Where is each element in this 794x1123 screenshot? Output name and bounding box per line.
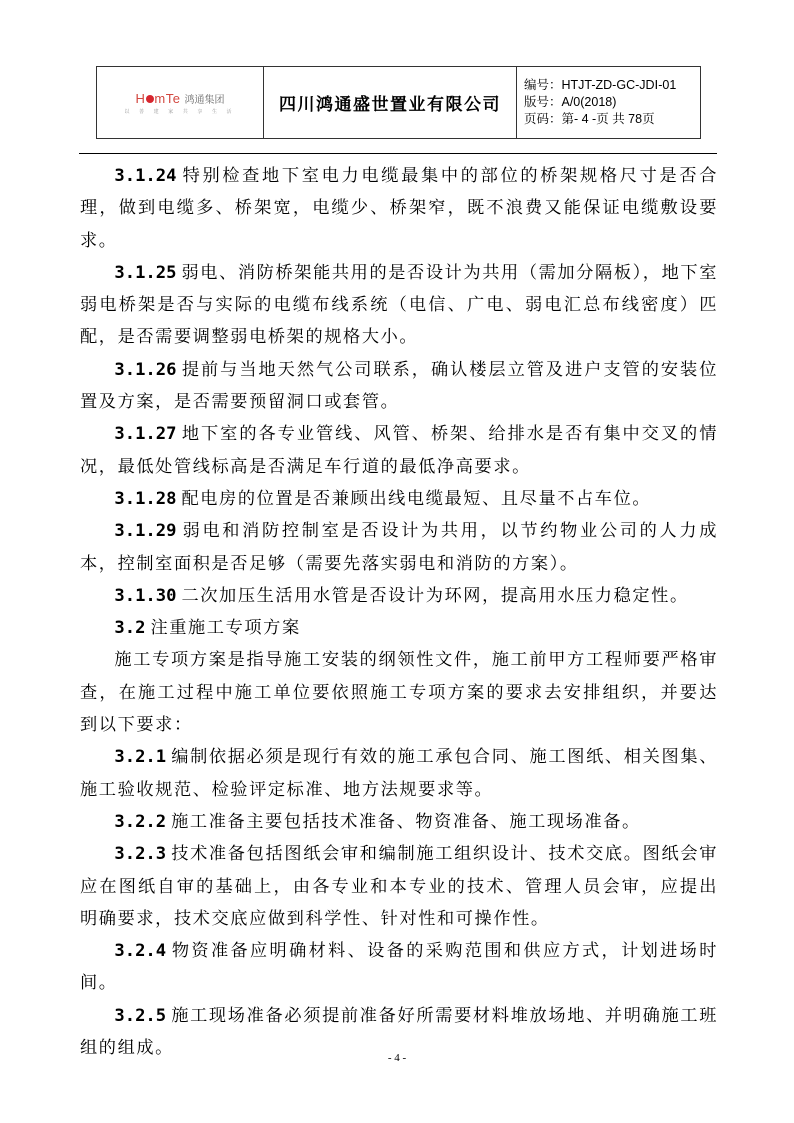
clause-number: 3.2.3 [114,844,166,864]
section-number: 3.2 [114,618,145,638]
clause-number: 3.2.1 [114,747,166,767]
document-version: 版号：A/0(2018) [524,94,616,111]
clause-text: 施工准备主要包括技术准备、物资准备、施工现场准备。 [171,812,641,832]
logo-dot-icon [146,95,154,103]
paragraph-3-1-29: 3.1.29弱电和消防控制室是否设计为共用，以节约物业公司的人力成本，控制室面积… [80,515,718,580]
company-logo: HmTe 鸿通集团 以 善 建 家 共 享 生 活 [97,67,264,138]
paragraph-intro: 施工专项方案是指导施工安装的纲领性文件，施工前甲方工程师要严格审查，在施工过程中… [80,644,718,741]
clause-text: 二次加压生活用水管是否设计为环网，提高用水压力稳定性。 [181,586,688,606]
document-page-info: 页码：第- 4 -页 共 78页 [524,111,655,128]
clause-number: 3.1.30 [114,586,176,606]
clause-number: 3.2.2 [114,812,166,832]
clause-text: 施工现场准备必须提前准备好所需要材料堆放场地、并明确施工班组的组成。 [80,1006,718,1058]
logo-chinese-name: 鸿通集团 [184,91,224,106]
clause-text: 配电房的位置是否兼顾出线电缆最短、且尽量不占车位。 [181,489,651,509]
clause-number: 3.1.29 [114,521,176,541]
clause-text: 编制依据必须是现行有效的施工承包合同、施工图纸、相关图集、施工验收规范、检验评定… [80,747,718,799]
intro-text: 施工专项方案是指导施工安装的纲领性文件，施工前甲方工程师要严格审查，在施工过程中… [80,650,718,735]
document-code: 编号：HTJT-ZD-GC-JDⅠ-01 [524,77,676,94]
section-heading-3-2: 3.2注重施工专项方案 [80,612,718,644]
clause-number: 3.1.28 [114,489,176,509]
clause-number: 3.2.5 [114,1006,166,1026]
paragraph-3-2-3: 3.2.3技术准备包括图纸会审和编制施工组织设计、技术交底。图纸会审应在图纸自审… [80,838,718,935]
clause-number: 3.1.25 [114,263,176,283]
paragraph-3-2-4: 3.2.4物资准备应明确材料、设备的采购范围和供应方式，计划进场时间。 [80,935,718,1000]
paragraph-3-2-1: 3.2.1编制依据必须是现行有效的施工承包合同、施工图纸、相关图集、施工验收规范… [80,741,718,806]
paragraph-3-1-26: 3.1.26提前与当地天然气公司联系，确认楼层立管及进户支管的安装位置及方案，是… [80,354,718,419]
paragraph-3-2-2: 3.2.2施工准备主要包括技术准备、物资准备、施工现场准备。 [80,806,718,838]
paragraph-3-1-30: 3.1.30二次加压生活用水管是否设计为环网，提高用水压力稳定性。 [80,580,718,612]
paragraph-3-1-24: 3.1.24特别检查地下室电力电缆最集中的部位的桥架规格尺寸是否合理，做到电缆多… [80,160,718,257]
paragraph-3-1-28: 3.1.28配电房的位置是否兼顾出线电缆最短、且尽量不占车位。 [80,483,718,515]
logo-brand: HmTe [136,91,181,106]
clause-number: 3.2.4 [114,941,166,961]
company-name: 四川鸿通盛世置业有限公司 [264,67,517,138]
logo-slogan: 以 善 建 家 共 享 生 活 [124,108,235,115]
paragraph-3-1-27: 3.1.27地下室的各专业管线、风管、桥架、给排水是否有集中交叉的情况，最低处管… [80,418,718,483]
page-number: - 4 - [0,1052,794,1064]
paragraph-3-1-25: 3.1.25弱电、消防桥架能共用的是否设计为共用（需加分隔板），地下室弱电桥架是… [80,257,718,354]
clause-number: 3.1.27 [114,424,176,444]
clause-number: 3.1.26 [114,360,176,380]
document-body: 3.1.24特别检查地下室电力电缆最集中的部位的桥架规格尺寸是否合理，做到电缆多… [80,160,718,1064]
document-meta: 编号：HTJT-ZD-GC-JDⅠ-01 版号：A/0(2018) 页码：第- … [517,67,700,138]
header-divider [79,153,717,154]
section-title: 注重施工专项方案 [150,618,300,638]
clause-text: 技术准备包括图纸会审和编制施工组织设计、技术交底。图纸会审应在图纸自审的基础上，… [80,844,718,929]
clause-text: 物资准备应明确材料、设备的采购范围和供应方式，计划进场时间。 [80,941,718,993]
clause-number: 3.1.24 [114,166,176,186]
document-header-table: HmTe 鸿通集团 以 善 建 家 共 享 生 活 四川鸿通盛世置业有限公司 编… [96,66,701,139]
